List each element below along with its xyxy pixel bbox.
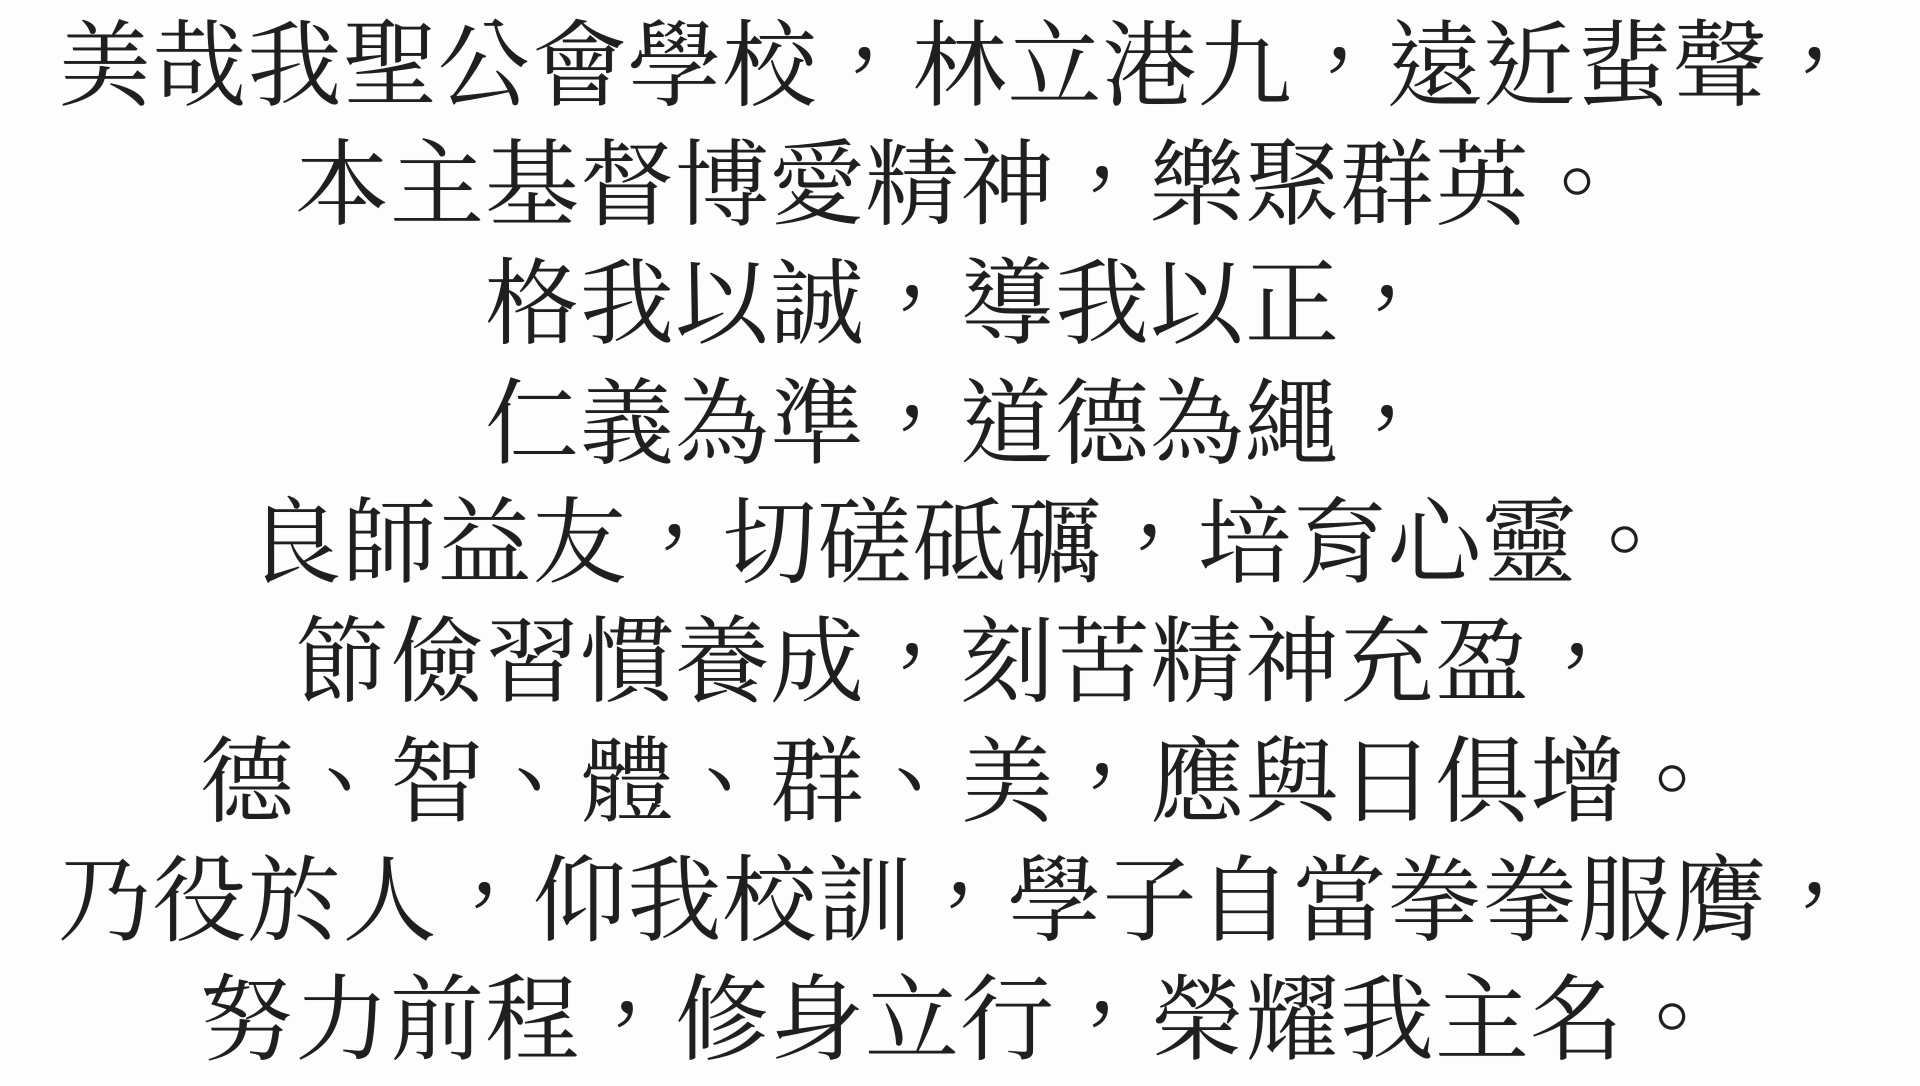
lyrics-line-8: 乃役於人，仰我校訓，學子自當拳拳服膺， xyxy=(57,841,1862,960)
lyrics-line-3: 格我以誠，導我以正， xyxy=(485,245,1435,364)
lyrics-line-7: 德、智、體、群、美，應與日俱增。 xyxy=(200,722,1720,841)
lyrics-line-5: 良師益友，切磋砥礪，培育心靈。 xyxy=(247,483,1672,602)
lyrics-line-1: 美哉我聖公會學校，林立港九，遠近蜚聲， xyxy=(57,6,1862,125)
lyrics-line-4: 仁義為準，道德為繩， xyxy=(485,364,1435,483)
lyrics-line-9: 努力前程，修身立行，榮耀我主名。 xyxy=(200,961,1720,1080)
lyrics-line-2: 本主基督博愛精神，樂聚群英。 xyxy=(295,125,1625,244)
lyrics-document: 美哉我聖公會學校，林立港九，遠近蜚聲， 本主基督博愛精神，樂聚群英。 格我以誠，… xyxy=(0,0,1920,1086)
lyrics-line-6: 節儉習慣養成，刻苦精神充盈， xyxy=(295,603,1625,722)
